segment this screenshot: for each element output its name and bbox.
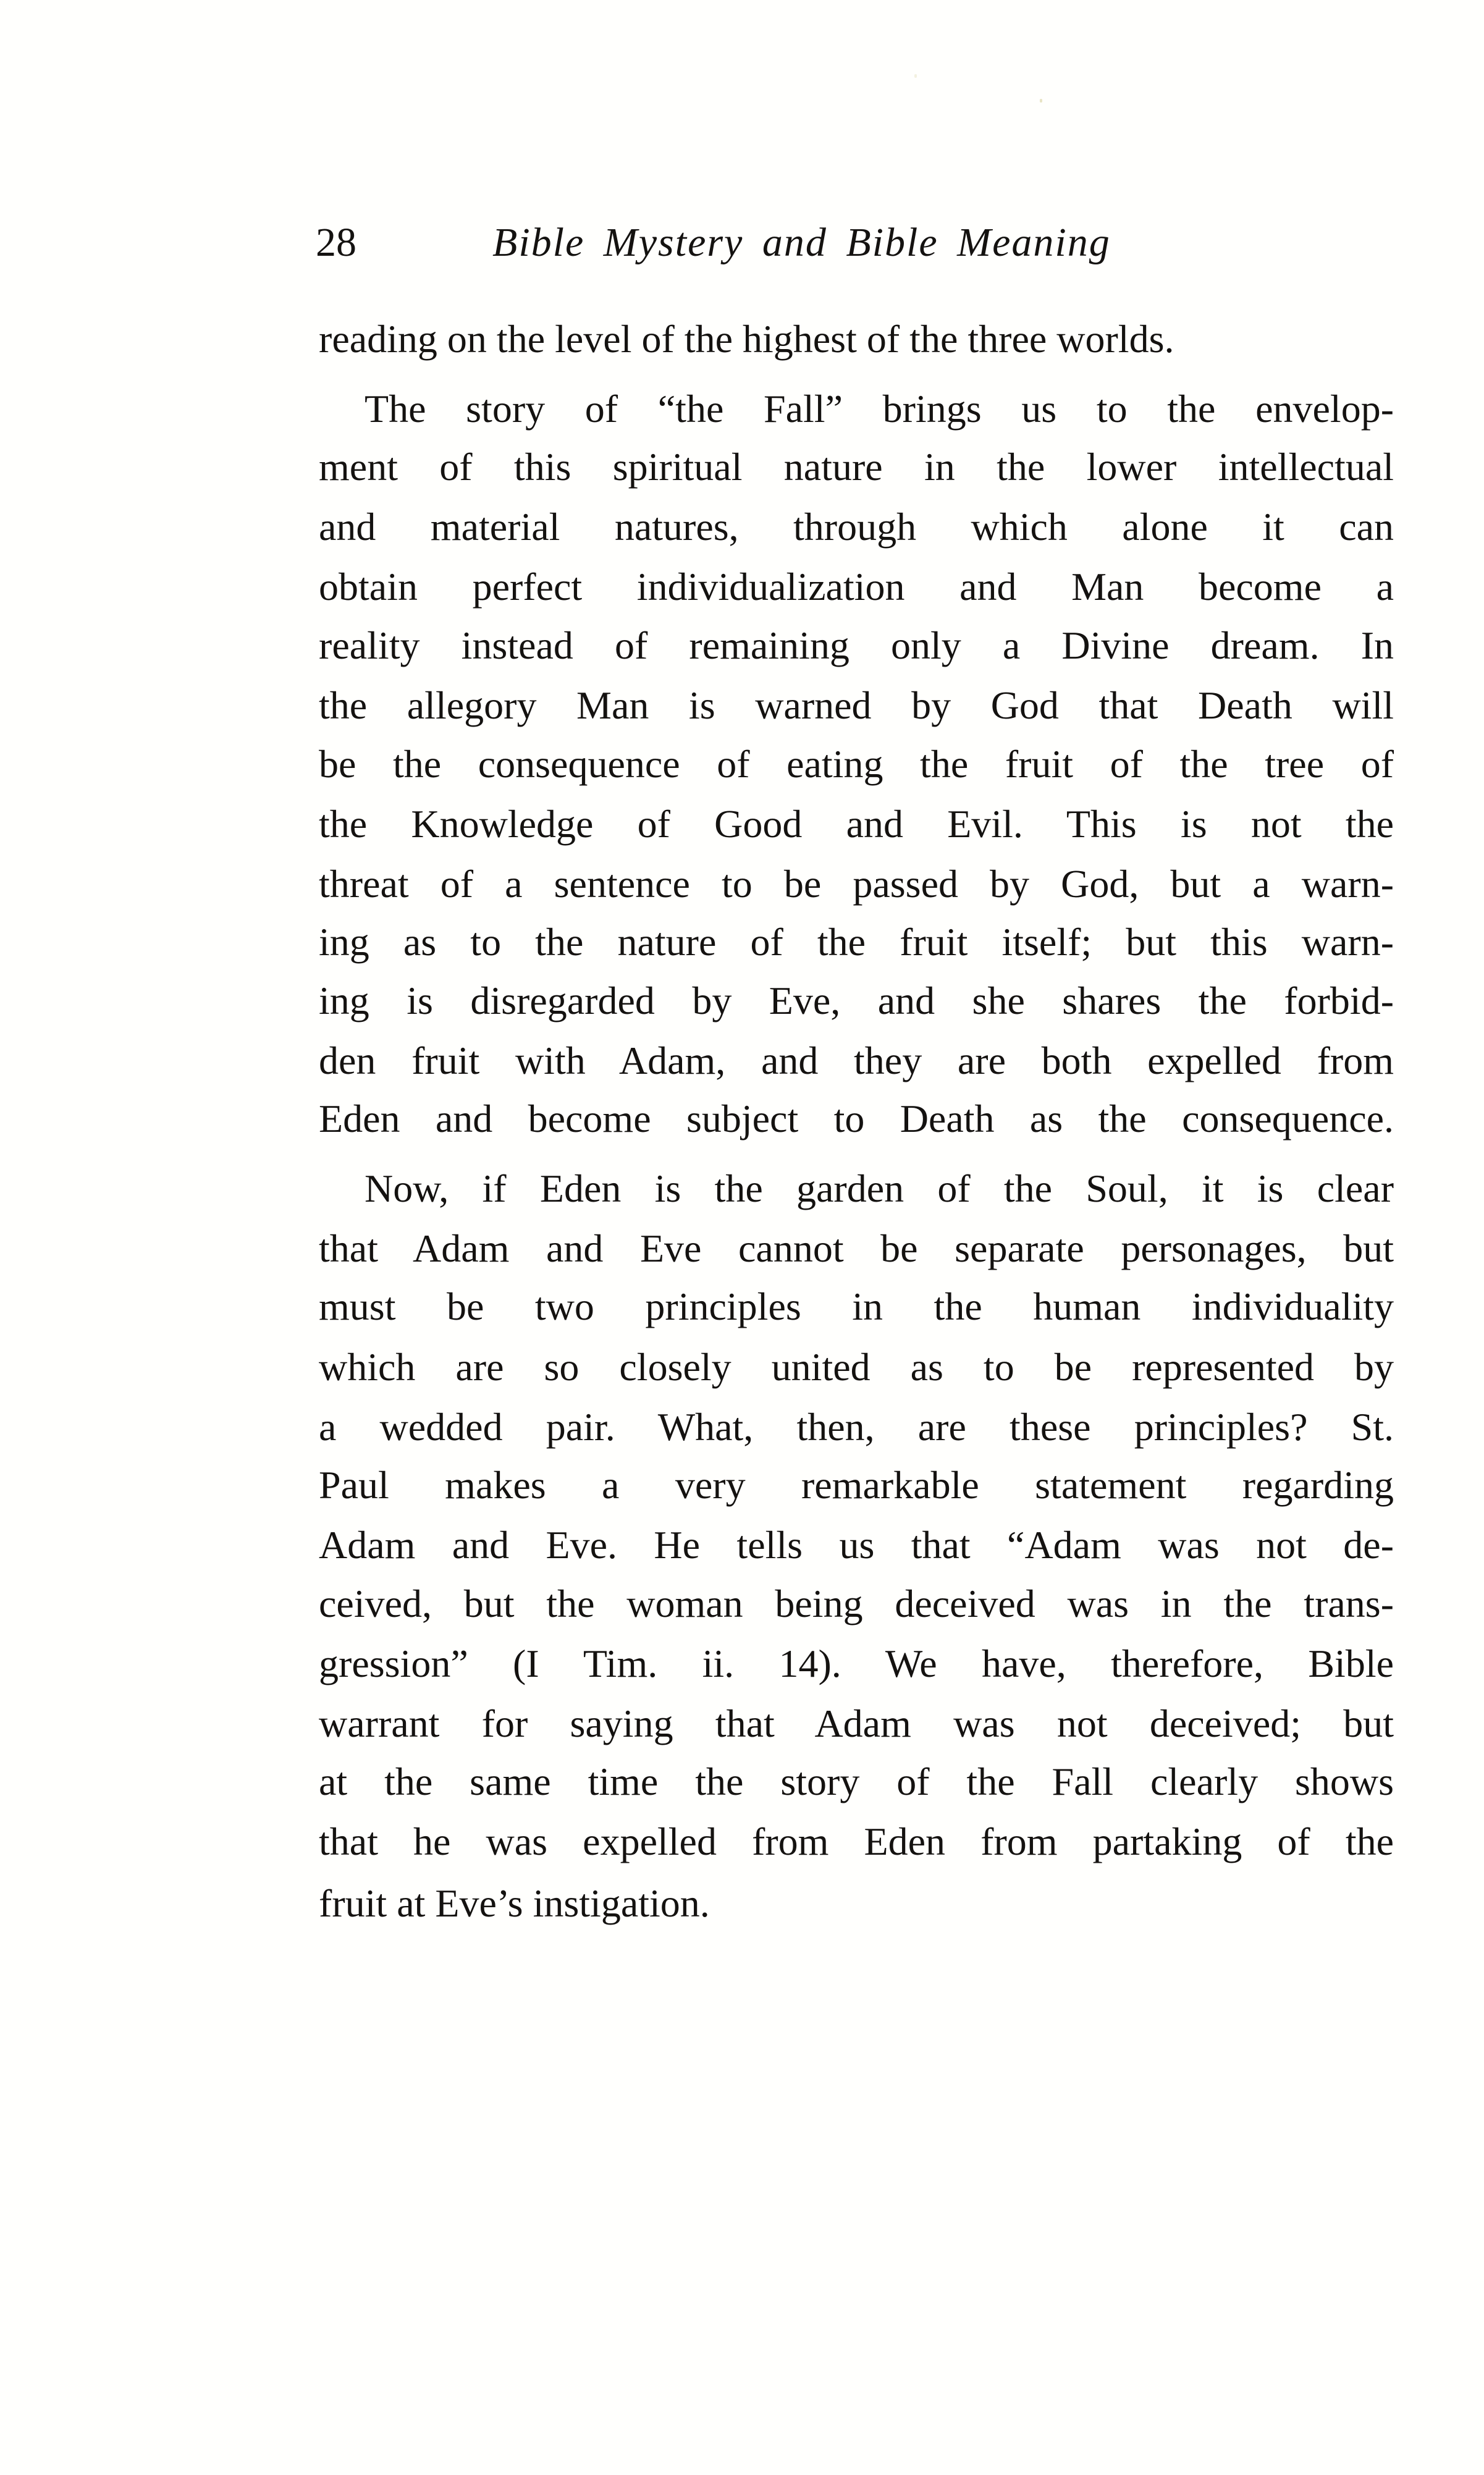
text-line: gression” (I Tim. ii. 14). We have, ther… — [319, 1642, 1394, 1685]
text-line: Paul makes a very remarkable statement r… — [319, 1464, 1394, 1507]
text-line: ment of this spiritual nature in the low… — [319, 445, 1394, 489]
page-number: 28 — [316, 222, 356, 263]
text-line: fruit at Eve’s instigation. — [319, 1882, 1394, 1925]
text-line: a wedded pair. What, then, are these pri… — [319, 1406, 1394, 1449]
text-line: obtain perfect individualization and Man… — [319, 565, 1394, 609]
text-line: Eden and become subject to Death as the … — [319, 1097, 1394, 1141]
text-line: the allegory Man is warned by God that D… — [319, 684, 1394, 727]
text-line: that he was expelled from Eden from part… — [319, 1820, 1394, 1863]
running-title: Bible Mystery and Bible Meaning — [492, 222, 1111, 263]
text-line: reading on the level of the highest of t… — [319, 318, 1394, 361]
paragraph-first-line: The story of “the Fall” brings us to the… — [365, 387, 1394, 431]
text-line: the Knowledge of Good and Evil. This is … — [319, 803, 1394, 846]
text-line: ing is disregarded by Eve, and she share… — [319, 979, 1394, 1022]
paper-fleck — [1040, 99, 1042, 103]
text-line: must be two principles in the human indi… — [319, 1285, 1394, 1328]
paragraph-first-line: Now, if Eden is the garden of the Soul, … — [365, 1167, 1394, 1210]
text-line: and material natures, through which alon… — [319, 505, 1394, 549]
text-line: threat of a sentence to be passed by God… — [319, 862, 1394, 906]
text-line: warrant for saying that Adam was not dec… — [319, 1702, 1394, 1745]
book-page: 28 Bible Mystery and Bible Meaning readi… — [0, 0, 1484, 2475]
text-line: that Adam and Eve cannot be separate per… — [319, 1227, 1394, 1270]
text-line: which are so closely united as to be rep… — [319, 1346, 1394, 1389]
text-line: at the same time the story of the Fall c… — [319, 1760, 1394, 1803]
text-line: den fruit with Adam, and they are both e… — [319, 1039, 1394, 1082]
text-line: Adam and Eve. He tells us that “Adam was… — [319, 1524, 1394, 1567]
text-line: reality instead of remaining only a Divi… — [319, 624, 1394, 667]
text-line: ing as to the nature of the fruit itself… — [319, 921, 1394, 964]
text-line: be the consequence of eating the fruit o… — [319, 743, 1394, 786]
text-line: ceived, but the woman being deceived was… — [319, 1582, 1394, 1625]
paper-fleck — [914, 74, 917, 78]
